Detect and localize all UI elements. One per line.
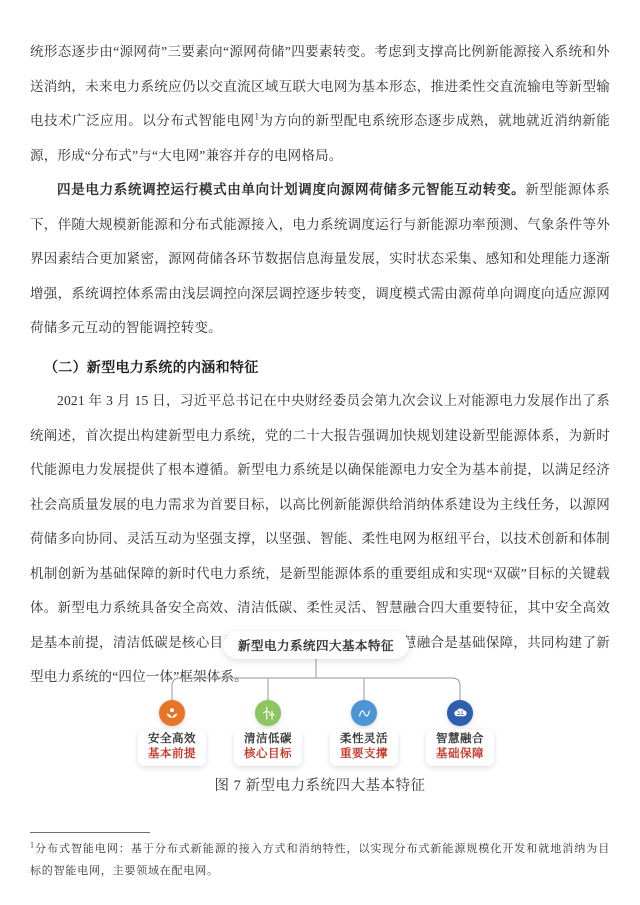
feature-name: 智慧融合 — [426, 732, 494, 747]
footnote-body: 分布式智能电网：基于分布式新能源的接入方式和消纳特性，以实现分布式新能源规模化开… — [30, 843, 610, 877]
document-page: 统形态逐步由“源网荷”三要素向“源网荷储”四要素转变。考虑到支撑高比例新能源接入… — [0, 0, 640, 905]
paragraph-1: 统形态逐步由“源网荷”三要素向“源网荷储”四要素转变。考虑到支撑高比例新能源接入… — [30, 35, 610, 173]
content-area: 统形态逐步由“源网荷”三要素向“源网荷储”四要素转变。考虑到支撑高比例新能源接入… — [30, 35, 610, 695]
feature-card: 智慧融合 基础保障 — [426, 729, 494, 766]
clean-circle — [255, 700, 281, 726]
flexible-circle — [351, 700, 377, 726]
feature-item-smart: 智慧融合 基础保障 — [426, 700, 494, 766]
figure-diagram: 新型电力系统四大基本特征 安全高效 基本前提 — [0, 628, 640, 778]
footnote-text: 1分布式智能电网：基于分布式新能源的接入方式和消纳特性，以实现分布式新能源规模化… — [30, 838, 610, 882]
feature-item-clean: 清洁低碳 核心目标 — [234, 700, 302, 766]
feature-item-safety: 安全高效 基本前提 — [138, 700, 206, 766]
feature-name: 柔性灵活 — [330, 732, 398, 747]
feature-subtitle: 基本前提 — [138, 747, 206, 762]
figure-caption: 图 7 新型电力系统四大基本特征 — [0, 774, 640, 795]
footnote-divider — [30, 832, 150, 833]
section-heading: （二）新型电力系统的内涵和特征 — [30, 350, 610, 385]
feature-subtitle: 核心目标 — [234, 747, 302, 762]
paragraph-2: 四是电力系统调控运行模式由单向计划调度向源网荷储多元智能互动转变。新型能源体系下… — [30, 173, 610, 346]
feature-subtitle: 重要支撑 — [330, 747, 398, 762]
feature-name: 清洁低碳 — [234, 732, 302, 747]
feature-name: 安全高效 — [138, 732, 206, 747]
feature-subtitle: 基础保障 — [426, 747, 494, 762]
feature-card: 柔性灵活 重要支撑 — [330, 729, 398, 766]
brain-icon — [452, 705, 469, 722]
safety-circle — [159, 700, 185, 726]
feature-item-flexible: 柔性灵活 重要支撑 — [330, 700, 398, 766]
figure-title-box: 新型电力系统四大基本特征 — [223, 631, 409, 659]
hands-bulb-icon — [164, 705, 180, 721]
paragraph-2-bold-lead: 四是电力系统调控运行模式由单向计划调度向源网荷储多元智能互动转变。 — [57, 182, 525, 197]
wind-turbine-icon — [260, 705, 277, 722]
paragraph-2-text: 新型能源体系下，伴随大规模新能源和分布式能源接入，电力系统调度运行与新能源功率预… — [30, 182, 610, 335]
feature-card: 清洁低碳 核心目标 — [234, 729, 302, 766]
footnote: 1分布式智能电网：基于分布式新能源的接入方式和消纳特性，以实现分布式新能源规模化… — [30, 832, 610, 882]
sine-wave-icon — [356, 705, 373, 722]
smart-circle — [447, 700, 473, 726]
feature-card: 安全高效 基本前提 — [138, 729, 206, 766]
